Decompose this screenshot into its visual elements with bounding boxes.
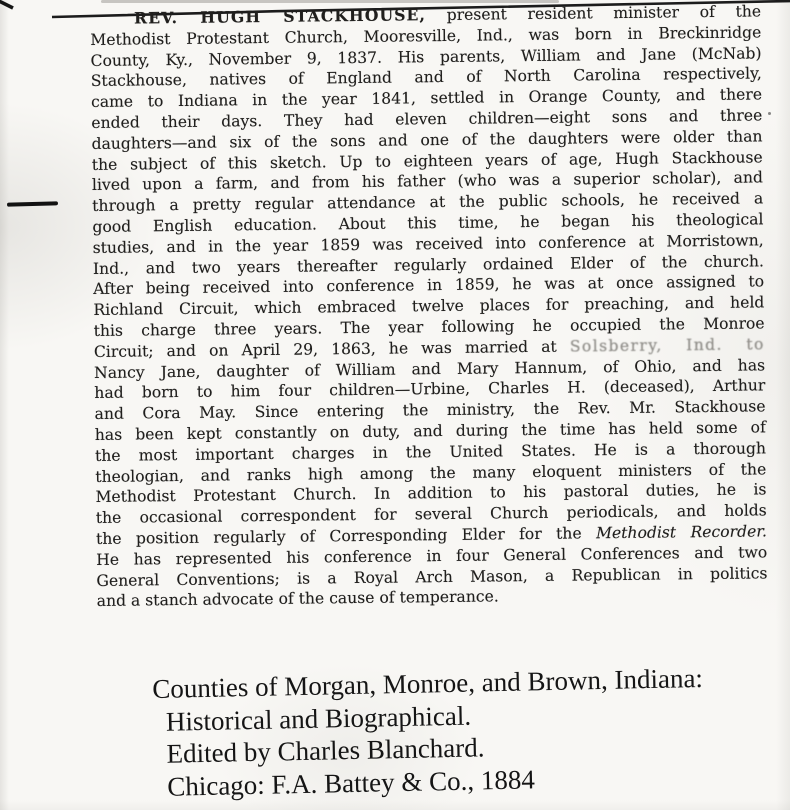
scanner-streak [101, 0, 559, 3]
source-citation: Counties of Morgan, Monroe, and Brown, I… [152, 661, 774, 803]
biography-article: REV. HUGH STACKHOUSE, present resident m… [90, 1, 768, 612]
margin-dash-mark [7, 201, 58, 206]
scanned-document-page: REV. HUGH STACKHOUSE, present resident m… [0, 0, 790, 810]
article-line-text: Circuit; and on April 29, 1863, he was m… [94, 337, 557, 360]
article-lead-name: REV. HUGH STACKHOUSE, [134, 5, 426, 27]
italic-publication-title: Methodist Recorder. [596, 522, 767, 542]
article-line-text: present resident minister of the [447, 2, 762, 24]
ink-speck [768, 112, 771, 115]
faded-handwritten-text: Solsberry, Ind. to [570, 335, 765, 355]
